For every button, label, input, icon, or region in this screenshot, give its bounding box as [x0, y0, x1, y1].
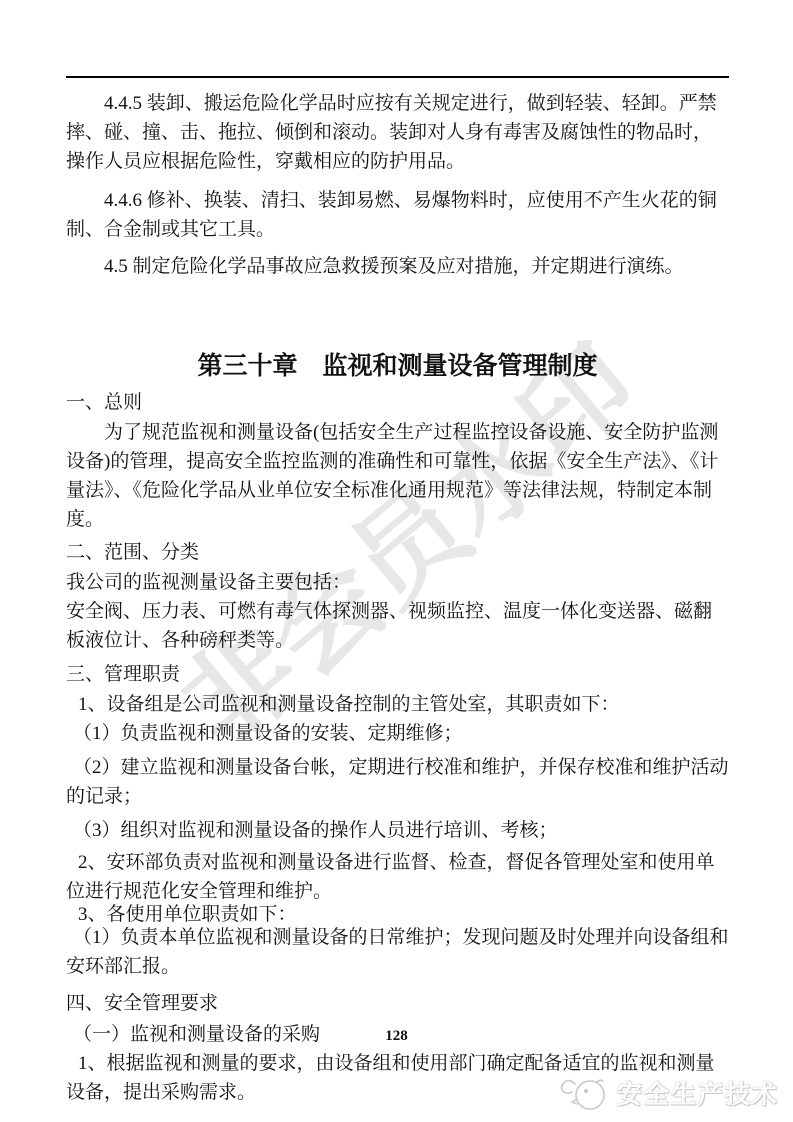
header-rule: [66, 76, 729, 78]
section-2-heading: 二、范围、分类: [66, 538, 729, 567]
page-number: 128: [0, 1028, 793, 1045]
section-3-heading: 三、管理职责: [66, 660, 729, 689]
chick-face-icon: [557, 1072, 611, 1114]
section-4-heading: 四、安全管理要求: [66, 989, 729, 1018]
chapter-title: 第三十章 监视和测量设备管理制度: [66, 349, 729, 385]
section-1-heading: 一、总则: [66, 388, 729, 417]
duty-item-2: 2、安环部负责对监视和测量设备进行监督、检查，督促各管理处室和使用单位进行规范化…: [66, 848, 729, 906]
duty-item-1-3: （3）组织对监视和测量设备的操作人员进行培训、考核；: [66, 816, 729, 845]
section-2-intro: 我公司的监视测量设备主要包括：: [66, 568, 729, 597]
clause-4-4-5: 4.4.5 装卸、搬运危险化学品时应按有关规定进行，做到轻装、轻卸。严禁摔、碰、…: [66, 89, 729, 176]
clause-4-4-6: 4.4.6 修补、换装、清扫、装卸易燃、易爆物料时，应使用不产生火花的铜制、合金…: [66, 186, 729, 244]
section-2-list: 安全阀、压力表、可燃有毒气体探测器、视频监控、温度一体化变送器、磁翻板液位计、各…: [66, 597, 729, 655]
document-page: 非会员水印 4.4.5 装卸、搬运危险化学品时应按有关规定进行，做到轻装、轻卸。…: [0, 0, 793, 1122]
duty-item-3-1: （1）负责本单位监视和测量设备的日常维护；发现问题及时处理并向设备组和安环部汇报…: [66, 923, 729, 981]
brand-watermark: 安全生产技术: [557, 1072, 779, 1114]
duty-item-1-1: （1）负责监视和测量设备的安装、定期维修；: [66, 719, 729, 748]
document-body: 4.4.5 装卸、搬运危险化学品时应按有关规定进行，做到轻装、轻卸。严禁摔、碰、…: [0, 76, 793, 1107]
clause-4-5: 4.5 制定危险化学品事故应急救援预案及应对措施，并定期进行演练。: [66, 252, 729, 281]
section-1-body: 为了规范监视和测量设备(包括安全生产过程监控设备设施、安全防护监测设备)的管理，…: [66, 418, 729, 534]
duty-item-1: 1、设备组是公司监视和测量设备控制的主管处室，其职责如下：: [66, 690, 729, 719]
brand-watermark-text: 安全生产技术: [617, 1075, 779, 1111]
duty-item-1-2: （2）建立监视和测量设备台帐，定期进行校准和维护，并保存校准和维护活动的记录；: [66, 753, 729, 811]
